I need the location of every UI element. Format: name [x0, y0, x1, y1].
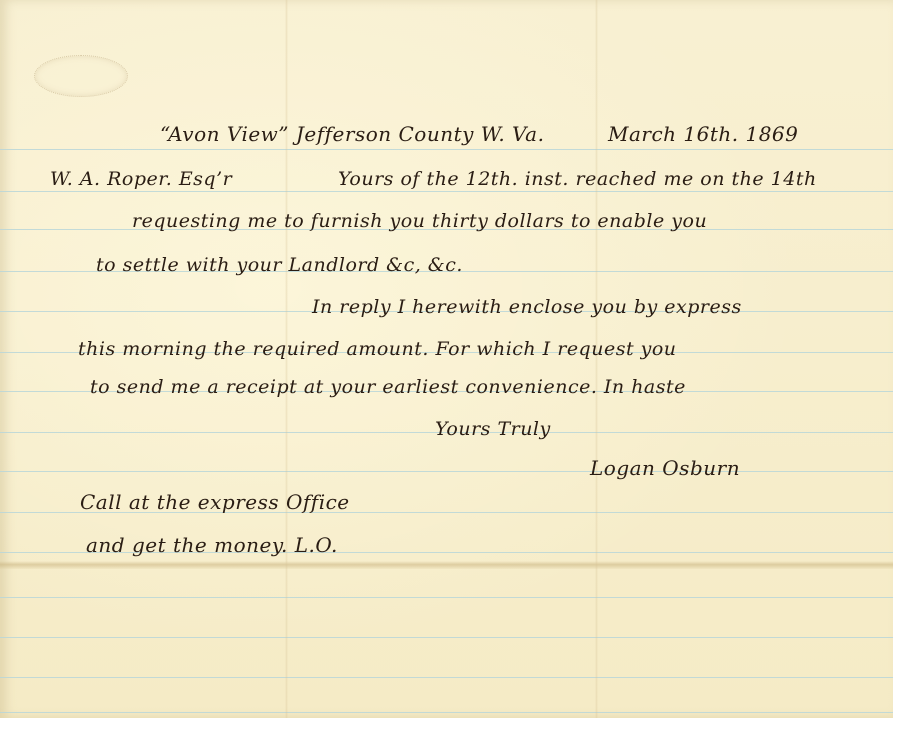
horizontal-fold-crease [0, 561, 893, 569]
letter-closing: Yours Truly [435, 418, 551, 440]
ruled-line [0, 149, 893, 150]
body-line-3: to settle with your Landlord &c, &c. [96, 254, 463, 276]
postscript-line-2: and get the money. L.O. [86, 533, 338, 557]
letter-salutation: W. A. Roper. Esq’r [50, 168, 232, 190]
ruled-line [0, 637, 893, 638]
letter-signature: Logan Osburn [590, 456, 740, 480]
postscript-line-1: Call at the express Office [80, 490, 350, 514]
letter-date: March 16th. 1869 [608, 122, 798, 146]
ruled-line [0, 191, 893, 192]
ruled-line [0, 471, 893, 472]
body-line-1: Yours of the 12th. inst. reached me on t… [338, 168, 817, 190]
body-line-5: this morning the required amount. For wh… [78, 338, 677, 360]
ruled-line [0, 712, 893, 713]
letter-place: “Avon View” Jefferson County W. Va. [160, 122, 544, 146]
ruled-line [0, 677, 893, 678]
page-margin [0, 718, 900, 734]
ruled-line [0, 597, 893, 598]
body-line-2: requesting me to furnish you thirty doll… [132, 210, 707, 232]
embossed-stamp-icon [34, 55, 128, 97]
letter-paper: “Avon View” Jefferson County W. Va. Marc… [0, 0, 893, 718]
body-line-4: In reply I herewith enclose you by expre… [312, 296, 742, 318]
body-line-6: to send me a receipt at your earliest co… [90, 376, 686, 398]
